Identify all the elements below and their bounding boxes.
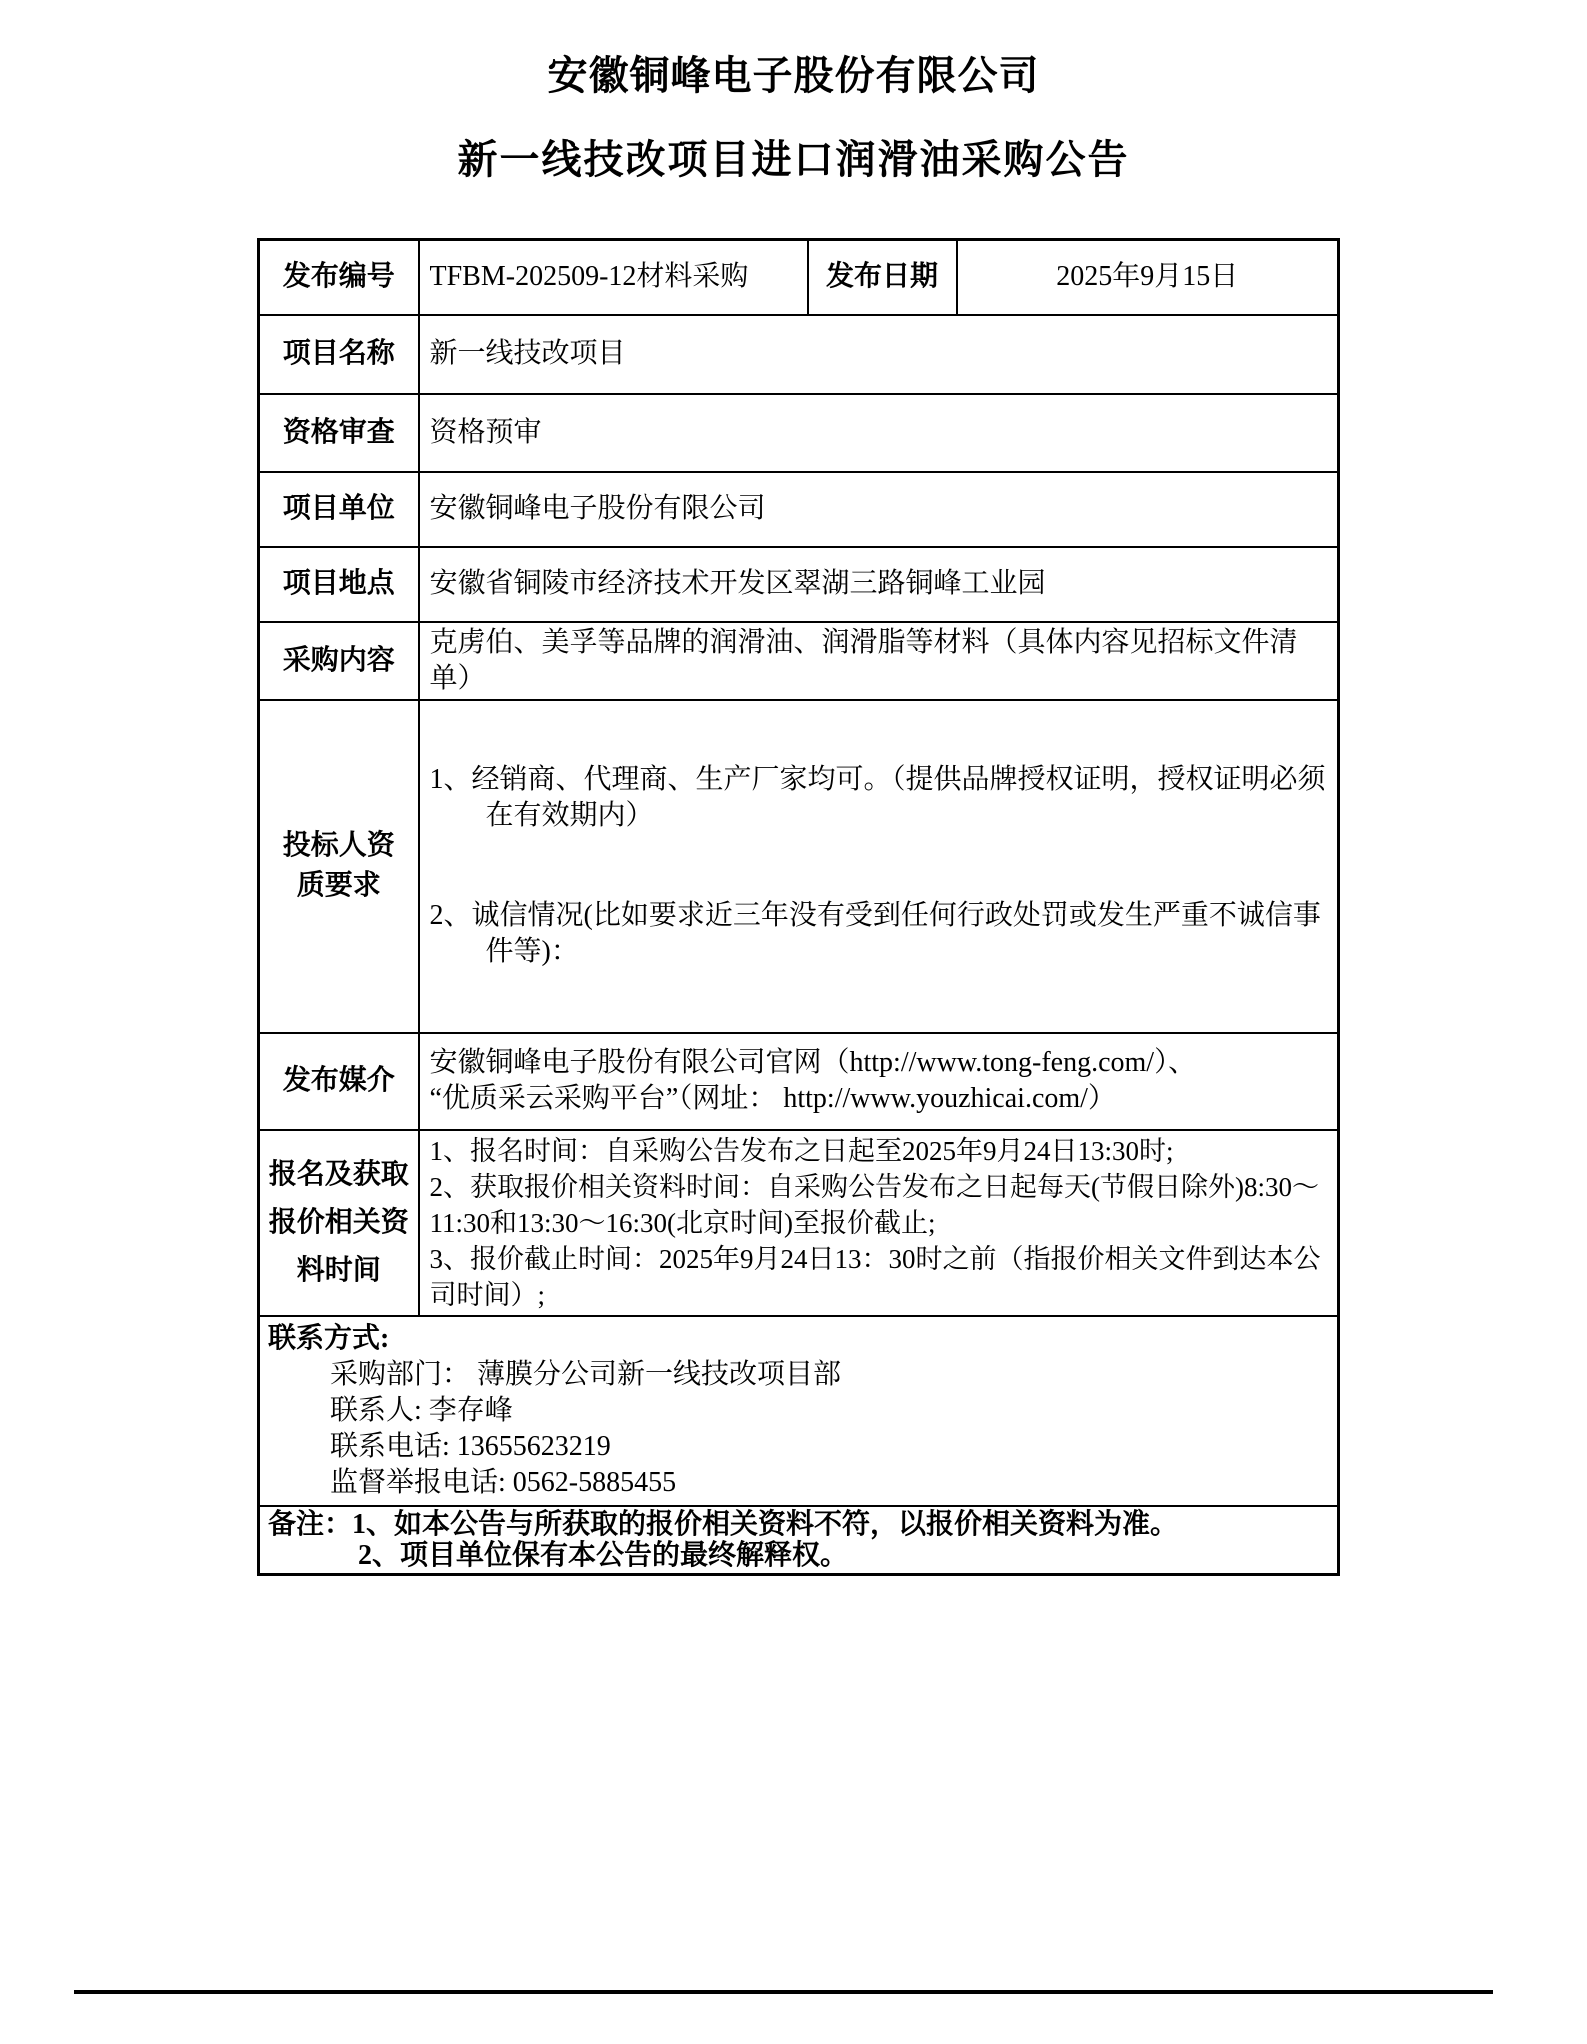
qualification-item: 1、经销商、代理商、生产厂家均可。（提供品牌授权证明，授权证明必须在有效期内） <box>430 762 1328 834</box>
table-row: 资格审查 资格预审 <box>259 394 1339 472</box>
schedule-value: 1、报名时间：自采购公告发布之日起至2025年9月24日13:30时; 2、获取… <box>419 1130 1339 1316</box>
table-row: 发布媒介 安徽铜峰电子股份有限公司官网（http://www.tong-feng… <box>259 1033 1339 1130</box>
contact-phone: 联系电话: 13655623219 <box>330 1429 1329 1465</box>
table-row: 报名及获取 报价相关资 料时间 1、报名时间：自采购公告发布之日起至2025年9… <box>259 1130 1339 1316</box>
project-name-label: 项目名称 <box>259 315 419 394</box>
qualification-item: 2、诚信情况(比如要求近三年没有受到任何行政处罚或发生严重不诚信事件等)： <box>430 898 1328 970</box>
schedule-item: 1、报名时间：自采购公告发布之日起至2025年9月24日13:30时; <box>430 1133 1328 1169</box>
document-page: 安徽铜峰电子股份有限公司 新一线技改项目进口润滑油采购公告 发布编号 TFBM-… <box>0 0 1587 2044</box>
page-title: 安徽铜峰电子股份有限公司 <box>0 44 1587 101</box>
contact-supervision-phone: 监督举报电话: 0562-5885455 <box>330 1465 1329 1501</box>
purchase-content-label: 采购内容 <box>259 622 419 700</box>
table-row: 备注：1、如本公告与所获取的报价相关资料不符，以报价相关资料为准。 2、项目单位… <box>259 1506 1339 1575</box>
qualification-review-label: 资格审查 <box>259 394 419 472</box>
remark-item-2: 2、项目单位保有本公告的最终解释权。 <box>358 1540 1329 1571</box>
remark-section: 备注：1、如本公告与所获取的报价相关资料不符，以报价相关资料为准。 2、项目单位… <box>259 1506 1339 1575</box>
project-location-value: 安徽省铜陵市经济技术开发区翠湖三路铜峰工业园 <box>419 547 1339 622</box>
bidder-qualification-label: 投标人资 质要求 <box>259 700 419 1033</box>
remark-line: 备注：1、如本公告与所获取的报价相关资料不符，以报价相关资料为准。 <box>358 1509 1329 1540</box>
contact-heading: 联系方式: <box>268 1321 1329 1357</box>
publish-date-label: 发布日期 <box>808 240 957 315</box>
project-unit-value: 安徽铜峰电子股份有限公司 <box>419 472 1339 547</box>
table-row: 投标人资 质要求 1、经销商、代理商、生产厂家均可。（提供品牌授权证明，授权证明… <box>259 700 1339 1033</box>
table-row: 项目单位 安徽铜峰电子股份有限公司 <box>259 472 1339 547</box>
table-row: 采购内容 克虏伯、美孚等品牌的润滑油、润滑脂等材料（具体内容见招标文件清单） <box>259 622 1339 700</box>
remark-item-1: 1、如本公告与所获取的报价相关资料不符，以报价相关资料为准。 <box>352 1509 1178 1540</box>
schedule-label: 报名及获取 报价相关资 料时间 <box>259 1130 419 1316</box>
page-footer-rule <box>74 1990 1493 1994</box>
remark-prefix: 备注： <box>268 1509 352 1540</box>
announcement-table: 发布编号 TFBM-202509-12材料采购 发布日期 2025年9月15日 … <box>257 238 1340 1576</box>
publish-date-value: 2025年9月15日 <box>957 240 1339 315</box>
publish-no-label: 发布编号 <box>259 240 419 315</box>
table-row: 项目名称 新一线技改项目 <box>259 315 1339 394</box>
schedule-item: 3、报价截止时间：2025年9月24日13：30时之前（指报价相关文件到达本公司… <box>430 1241 1328 1313</box>
publish-media-line: 安徽铜峰电子股份有限公司官网（http://www.tong-feng.com/… <box>430 1045 1328 1081</box>
table-row: 发布编号 TFBM-202509-12材料采购 发布日期 2025年9月15日 <box>259 240 1339 315</box>
publish-media-line: “优质采云采购平台”（网址： http://www.youzhicai.com/… <box>430 1081 1328 1117</box>
project-location-label: 项目地点 <box>259 547 419 622</box>
table-row: 项目地点 安徽省铜陵市经济技术开发区翠湖三路铜峰工业园 <box>259 547 1339 622</box>
publish-media-label: 发布媒介 <box>259 1033 419 1130</box>
contact-section: 联系方式: 采购部门： 薄膜分公司新一线技改项目部 联系人: 李存峰 联系电话:… <box>259 1316 1339 1506</box>
qualification-review-value: 资格预审 <box>419 394 1339 472</box>
contact-department: 采购部门： 薄膜分公司新一线技改项目部 <box>330 1357 1329 1393</box>
schedule-item: 2、获取报价相关资料时间：自采购公告发布之日起每天(节假日除外)8:30～11:… <box>430 1169 1328 1241</box>
bidder-qualification-value: 1、经销商、代理商、生产厂家均可。（提供品牌授权证明，授权证明必须在有效期内） … <box>419 700 1339 1033</box>
purchase-content-value: 克虏伯、美孚等品牌的润滑油、润滑脂等材料（具体内容见招标文件清单） <box>419 622 1339 700</box>
publish-no-value: TFBM-202509-12材料采购 <box>419 240 808 315</box>
page-subtitle: 新一线技改项目进口润滑油采购公告 <box>0 128 1587 185</box>
contact-person: 联系人: 李存峰 <box>330 1393 1329 1429</box>
publish-media-value: 安徽铜峰电子股份有限公司官网（http://www.tong-feng.com/… <box>419 1033 1339 1130</box>
project-name-value: 新一线技改项目 <box>419 315 1339 394</box>
table-row: 联系方式: 采购部门： 薄膜分公司新一线技改项目部 联系人: 李存峰 联系电话:… <box>259 1316 1339 1506</box>
project-unit-label: 项目单位 <box>259 472 419 547</box>
